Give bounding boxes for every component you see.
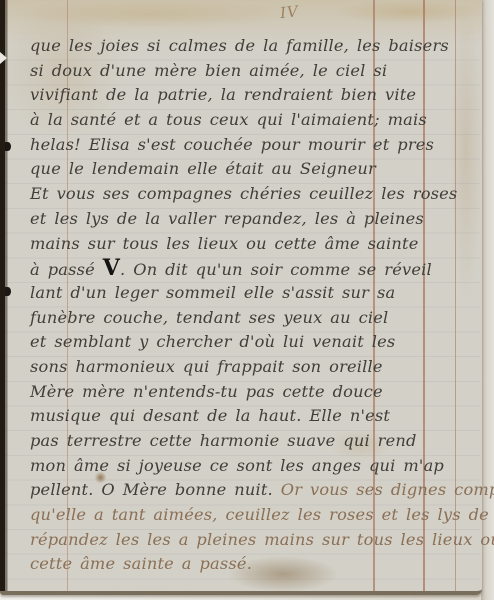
manuscript-line: cette âme sainte a passé.: [30, 552, 472, 577]
manuscript-line: à passé V. On dit qu'un soir comme se ré…: [30, 256, 472, 281]
manuscript-text-segment: et semblant y chercher d'où lui venait l…: [30, 332, 395, 351]
manuscript-text-segment: V: [103, 255, 120, 281]
manuscript-text-segment: Or vous ses dignes compagnes: [281, 480, 494, 499]
manuscript-line: pas terrestre cette harmonie suave qui r…: [30, 429, 472, 454]
manuscript-text: que les joies si calmes de la famille, l…: [30, 34, 472, 577]
manuscript-text-segment: répandez les les a pleines mains sur tou…: [30, 530, 494, 549]
manuscript-line: que les joies si calmes de la famille, l…: [30, 34, 472, 59]
manuscript-line: que le lendemain elle était au Seigneur: [30, 157, 472, 182]
manuscript-line: à la santé et a tous ceux qui l'aimaient…: [30, 108, 472, 133]
manuscript-text-segment: si doux d'une mère bien aimée, le ciel s…: [30, 61, 387, 80]
manuscript-text-segment: que le lendemain elle était au Seigneur: [30, 159, 376, 178]
binding-ink-mark: [5, 287, 11, 296]
manuscript-text-segment: vivifiant de la patrie, la rendraient bi…: [30, 85, 416, 104]
manuscript-text-segment: . On dit qu'un soir comme se réveil: [120, 260, 432, 279]
manuscript-line: et les lys de la valler repandez, les à …: [30, 207, 472, 232]
binding-ink-mark: [5, 142, 11, 151]
manuscript-line: Mère mère n'entends-tu pas cette douce: [30, 380, 472, 405]
manuscript-line: qu'elle a tant aimées, ceuillez les rose…: [30, 503, 472, 528]
manuscript-text-segment: sons harmonieux qui frappait son oreille: [30, 357, 383, 376]
manuscript-text-segment: Mère mère n'entends-tu pas cette douce: [30, 382, 383, 401]
manuscript-line: et semblant y chercher d'où lui venait l…: [30, 330, 472, 355]
manuscript-text-segment: mains sur tous les lieux ou cette âme sa…: [30, 234, 419, 253]
binding-notch: [0, 52, 7, 64]
manuscript-text-segment: lant d'un leger sommeil elle s'assit sur…: [30, 283, 395, 302]
manuscript-text-segment: et les lys de la valler repandez, les à …: [30, 209, 424, 228]
manuscript-line: mains sur tous les lieux ou cette âme sa…: [30, 232, 472, 257]
manuscript-text-segment: à la santé et a tous ceux qui l'aimaient…: [30, 110, 427, 129]
manuscript-text-segment: musique qui desant de la haut. Elle n'es…: [30, 406, 390, 425]
manuscript-line: Et vous ses compagnes chéries ceuillez l…: [30, 182, 472, 207]
manuscript-text-segment: qu'elle a tant aimées, ceuillez les rose…: [30, 505, 494, 524]
manuscript-line: mon âme si joyeuse ce sont les anges qui…: [30, 454, 472, 479]
manuscript-text-segment: cette âme sainte a passé.: [30, 554, 252, 573]
manuscript-text-segment: à passé: [30, 260, 103, 279]
manuscript-line: sons harmonieux qui frappait son oreille: [30, 355, 472, 380]
manuscript-line: si doux d'une mère bien aimée, le ciel s…: [30, 59, 472, 84]
manuscript-text-segment: pellent. O Mère bonne nuit.: [30, 480, 281, 499]
manuscript-line: pellent. O Mère bonne nuit. Or vous ses …: [30, 478, 472, 503]
notebook-page: IV que les joies si calmes de la famille…: [0, 0, 482, 595]
manuscript-text-segment: mon âme si joyeuse ce sont les anges qui…: [30, 456, 444, 475]
manuscript-line: musique qui desant de la haut. Elle n'es…: [30, 404, 472, 429]
manuscript-text-segment: funèbre couche, tendant ses yeux au ciel: [30, 308, 388, 327]
manuscript-line: répandez les les a pleines mains sur tou…: [30, 528, 472, 553]
manuscript-line: funèbre couche, tendant ses yeux au ciel: [30, 306, 472, 331]
manuscript-text-segment: pas terrestre cette harmonie suave qui r…: [30, 431, 417, 450]
scanned-page: IV que les joies si calmes de la famille…: [0, 0, 494, 600]
manuscript-line: lant d'un leger sommeil elle s'assit sur…: [30, 281, 472, 306]
page-number: IV: [279, 0, 321, 22]
manuscript-line: vivifiant de la patrie, la rendraient bi…: [30, 83, 472, 108]
manuscript-text-segment: que les joies si calmes de la famille, l…: [30, 36, 449, 55]
manuscript-line: helas! Elisa s'est couchée pour mourir e…: [30, 133, 472, 158]
manuscript-text-segment: Et vous ses compagnes chéries ceuillez l…: [30, 184, 457, 203]
manuscript-text-segment: helas! Elisa s'est couchée pour mourir e…: [30, 135, 434, 154]
